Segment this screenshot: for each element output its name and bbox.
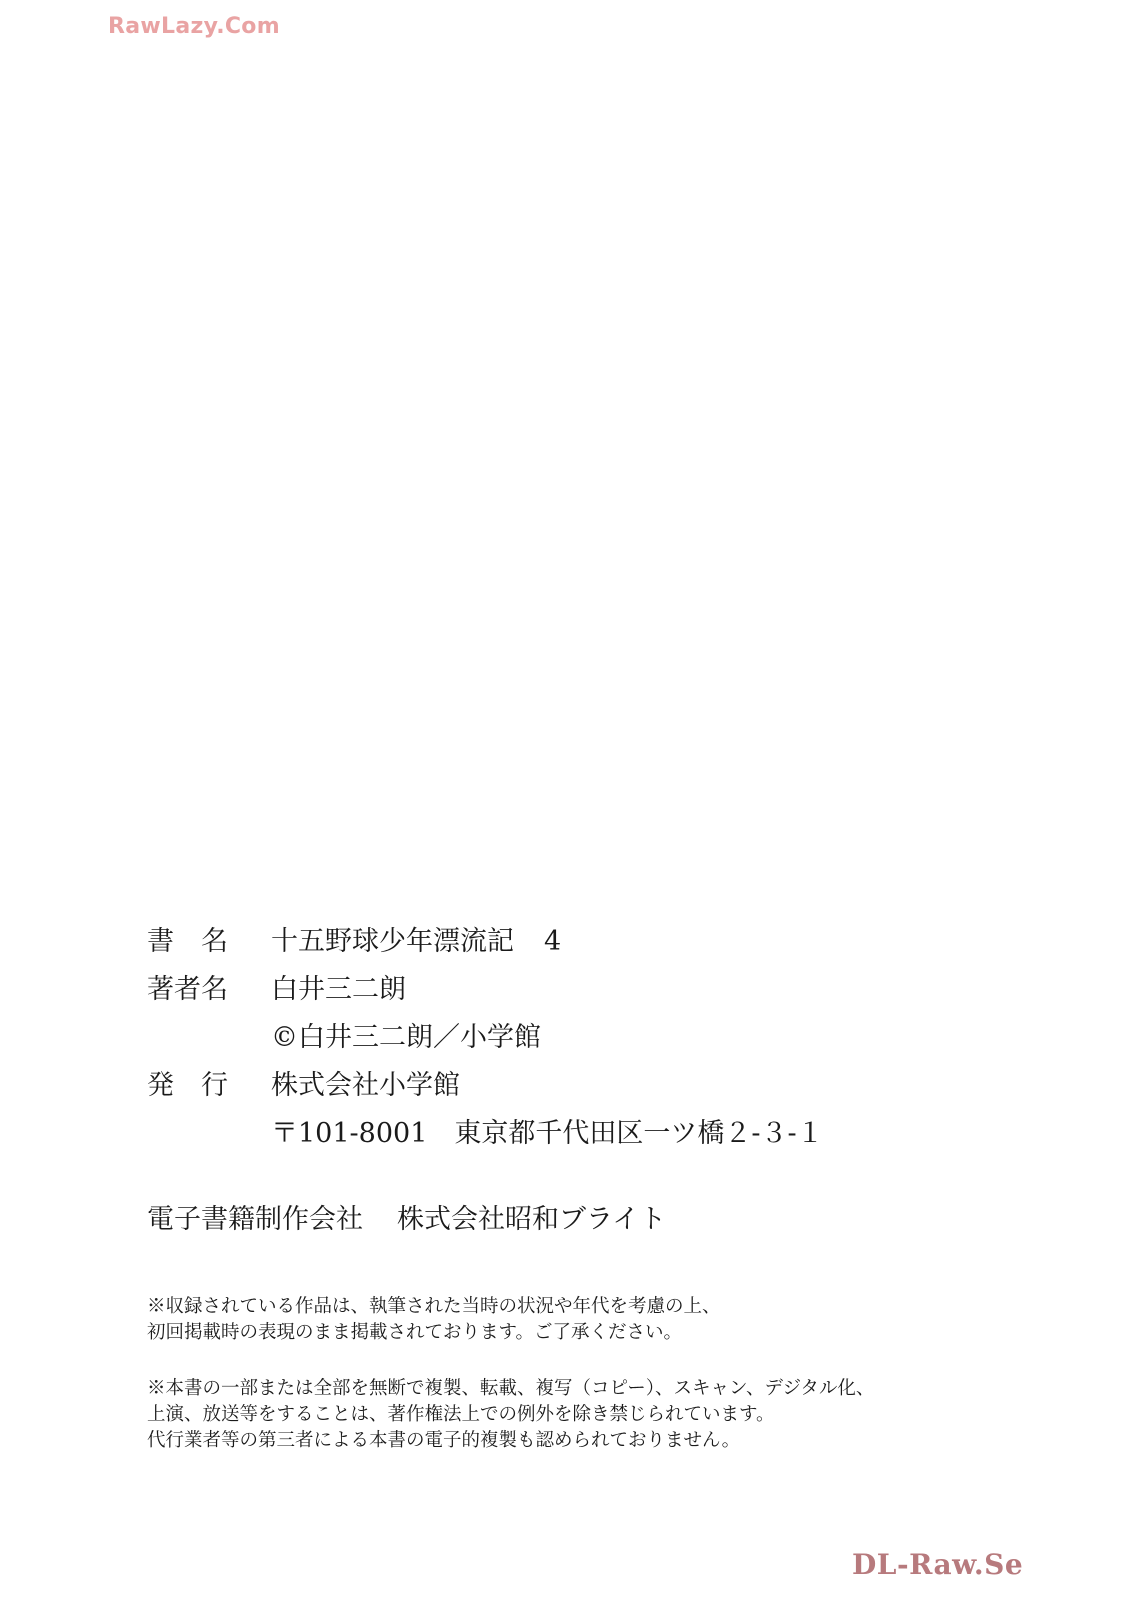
publisher-address: 〒101‐8001 東京都千代田区一ツ橋２‐３‐１	[271, 1110, 1027, 1158]
publisher-label: 発 行	[147, 1062, 271, 1110]
ebook-producer-line: 電子書籍制作会社株式会社昭和ブライト	[147, 1200, 666, 1240]
colophon-block: 書 名 十五野球少年漂流記4 著者名 白井三二朗 ©白井三二朗／小学館 発 行 …	[147, 918, 1027, 1158]
recorded-works-notice: ※収録されている作品は、執筆された当時の状況や年代を考慮の上、 初回掲載時の表現…	[147, 1294, 721, 1346]
book-title-text: 十五野球少年漂流記	[271, 926, 514, 957]
book-title-value: 十五野球少年漂流記4	[271, 918, 1027, 966]
book-title-row: 書 名 十五野球少年漂流記4	[147, 918, 1027, 966]
volume-number: 4	[544, 926, 561, 957]
copyright-warning-notice: ※本書の一部または全部を無断で複製、転載、複写（コピー）、スキャン、デジタル化、…	[147, 1376, 874, 1454]
publisher-row: 発 行 株式会社小学館	[147, 1062, 1027, 1110]
notice-line: ※収録されている作品は、執筆された当時の状況や年代を考慮の上、	[147, 1294, 721, 1320]
ebook-producer-label: 電子書籍制作会社	[147, 1204, 363, 1235]
copyright-row: ©白井三二朗／小学館	[147, 1014, 1027, 1062]
address-row: 〒101‐8001 東京都千代田区一ツ橋２‐３‐１	[147, 1110, 1027, 1158]
ebook-producer-company: 株式会社昭和ブライト	[397, 1204, 666, 1235]
publisher-name: 株式会社小学館	[271, 1062, 1027, 1110]
watermark-rawlazy: RawLazy.Com	[108, 14, 280, 39]
notice-line: 初回掲載時の表現のまま掲載されております。ご了承ください。	[147, 1320, 721, 1346]
notice-line: ※本書の一部または全部を無断で複製、転載、複写（コピー）、スキャン、デジタル化、	[147, 1376, 874, 1402]
author-label: 著者名	[147, 966, 271, 1014]
author-name: 白井三二朗	[271, 966, 1027, 1014]
notice-line: 代行業者等の第三者による本書の電子的複製も認められておりません。	[147, 1428, 874, 1454]
book-title-label: 書 名	[147, 918, 271, 966]
copyright-text: ©白井三二朗／小学館	[271, 1014, 1027, 1062]
author-row: 著者名 白井三二朗	[147, 966, 1027, 1014]
notice-line: 上演、放送等をすることは、著作権法上での例外を除き禁じられています。	[147, 1402, 874, 1428]
watermark-dlraw: DL-Raw.Se	[852, 1548, 1023, 1581]
